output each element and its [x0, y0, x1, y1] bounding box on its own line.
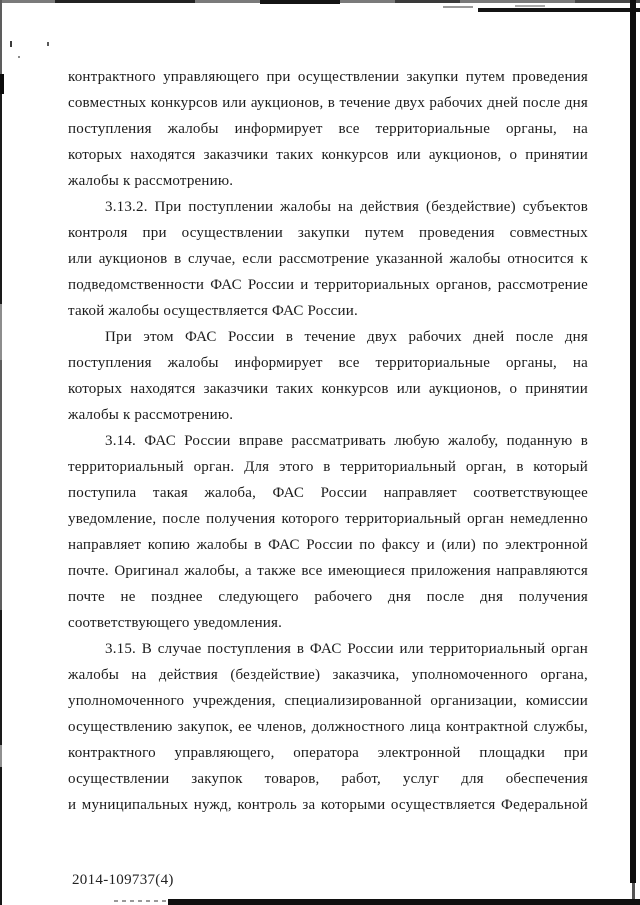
scan-artifact-left-edge-mark	[0, 74, 4, 94]
text-line: осуществлению закупок, ее членов, должно…	[68, 714, 588, 740]
text-line: такой жалобы осуществляется ФАС России.	[68, 298, 588, 324]
text-line: 3.15. В случае поступления в ФАС России …	[68, 636, 588, 662]
text-line: жалобы к рассмотрению.	[68, 402, 588, 428]
text-line: уполномоченного учреждения, специализиро…	[68, 688, 588, 714]
paragraph: 3.14. ФАС России вправе рассматривать лю…	[68, 428, 588, 636]
text-line: поступления жалобы информирует все терри…	[68, 350, 588, 376]
text-line: поступления жалобы информирует все терри…	[68, 116, 588, 142]
scan-artifact-left-edge-mark	[0, 304, 2, 360]
text-line: контрактного управляющего при осуществле…	[68, 64, 588, 90]
scan-artifact-right-edge-line	[632, 883, 635, 899]
text-line: территориальный орган. Для этого в терри…	[68, 454, 588, 480]
scan-artifact-bottom-bar	[168, 899, 640, 905]
text-line: направляет копию жалобы в ФАС России по …	[68, 532, 588, 558]
text-line: жалобы к рассмотрению.	[68, 168, 588, 194]
paragraph: 3.15. В случае поступления в ФАС России …	[68, 636, 588, 818]
scan-artifact-top-right-line	[478, 8, 640, 12]
scan-artifact-left-edge-mark	[0, 745, 2, 767]
scan-artifact-speck	[10, 41, 12, 47]
scan-artifact-left-edge-mark	[0, 767, 2, 905]
text-line: поступила такая жалоба, ФАС России напра…	[68, 480, 588, 506]
document-number: 2014-109737(4)	[72, 872, 174, 889]
scan-artifact-left-edge-mark	[0, 94, 2, 304]
text-line: контрактного управляющего, оператора эле…	[68, 740, 588, 766]
scan-artifact-top-right-dash	[515, 5, 545, 7]
scan-artifact-bottom-dashes	[114, 900, 170, 902]
text-line: соответствующего уведомления.	[68, 610, 588, 636]
scan-artifact-top-right-dash	[443, 6, 473, 8]
text-line: При этом ФАС России в течение двух рабоч…	[68, 324, 588, 350]
text-line: или аукционов в случае, если рассмотрени…	[68, 246, 588, 272]
paragraph: При этом ФАС России в течение двух рабоч…	[68, 324, 588, 428]
text-line: почте не позднее следующего рабочего дня…	[68, 584, 588, 610]
text-line: подведомственности ФАС России и территор…	[68, 272, 588, 298]
text-line: и муниципальных нужд, контроль за которы…	[68, 792, 588, 818]
scan-artifact-left-edge-mark	[0, 610, 2, 745]
scan-artifact-speck	[18, 56, 20, 58]
scan-artifact-right-edge-line	[630, 0, 636, 883]
text-line: которых находятся заказчики таких конкур…	[68, 376, 588, 402]
text-line: 3.14. ФАС России вправе рассматривать лю…	[68, 428, 588, 454]
text-line: совместных конкурсов или аукционов, в те…	[68, 90, 588, 116]
scan-artifact-top-segment	[260, 0, 340, 4]
scan-artifact-speck	[47, 42, 49, 46]
scan-artifact-top-segment	[395, 0, 460, 3]
paragraph: контрактного управляющего при осуществле…	[68, 64, 588, 194]
text-line: осуществлении закупок товаров, работ, ус…	[68, 766, 588, 792]
paragraph: 3.13.2. При поступлении жалобы на действ…	[68, 194, 588, 324]
text-line: уведомление, после получения которого те…	[68, 506, 588, 532]
scan-artifact-top-segment	[55, 0, 195, 3]
text-line: почте. Оригинал жалобы, а также все имею…	[68, 558, 588, 584]
text-line: которых находятся заказчики таких конкур…	[68, 142, 588, 168]
text-line: контроля при осуществлении закупки путем…	[68, 220, 588, 246]
scanned-document-page: контрактного управляющего при осуществле…	[0, 0, 640, 905]
text-line: жалобы на действия (бездействие) заказчи…	[68, 662, 588, 688]
document-body: контрактного управляющего при осуществле…	[68, 64, 588, 818]
text-line: 3.13.2. При поступлении жалобы на действ…	[68, 194, 588, 220]
